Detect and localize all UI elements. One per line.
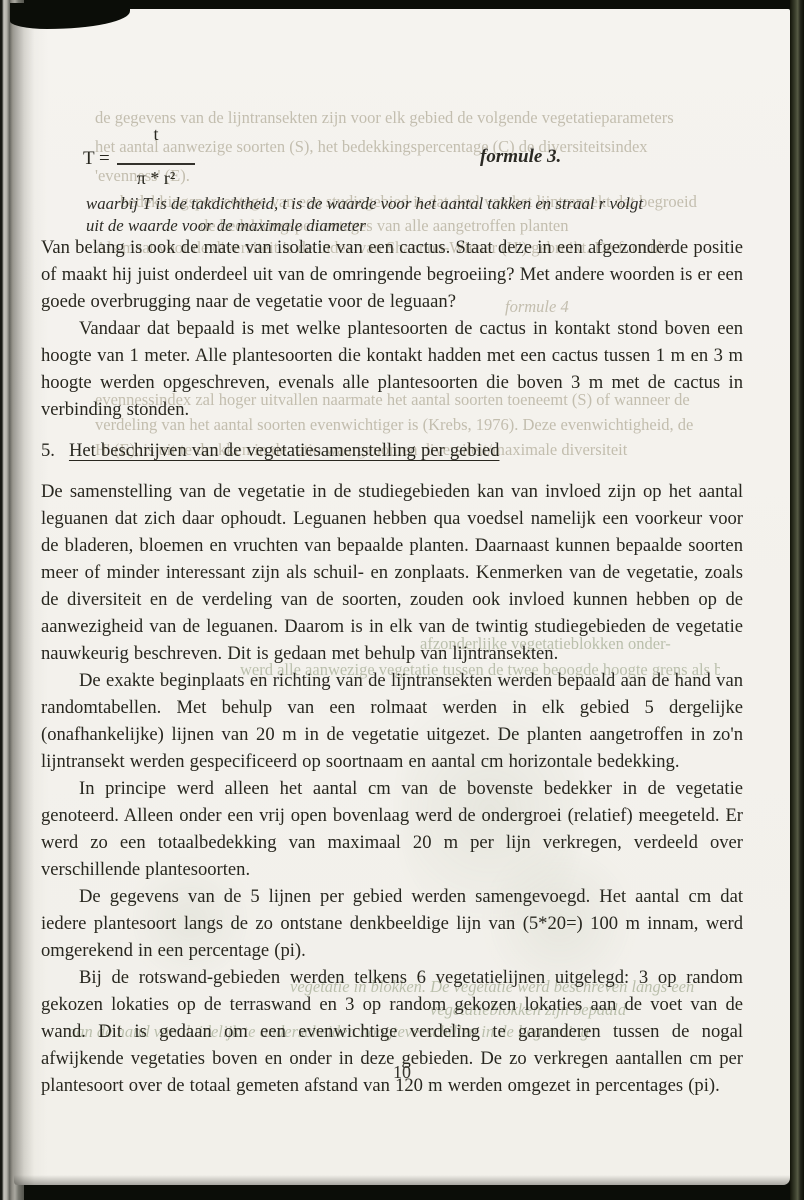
section-number: 5.	[41, 437, 55, 464]
scan-right-edge	[790, 0, 804, 1200]
formula-explanation: waarbij T is de takdichtheid, t is de wa…	[86, 193, 661, 237]
formula-label: formule 3.	[480, 146, 561, 168]
scanned-document-page: de gegevens van de lijntransekten zijn v…	[0, 0, 804, 1200]
page-number: 10	[0, 1062, 804, 1083]
section-heading: 5. Het beschrijven van de vegetatiesamen…	[41, 437, 743, 464]
formula-fraction-bar	[117, 163, 195, 165]
paragraph-kontakt: Vandaar dat bepaald is met welke plantes…	[41, 315, 743, 423]
paragraph-gegevens: De gegevens van de 5 lijnen per gebied w…	[41, 883, 743, 964]
paragraph-isolatie: Van belang is ook de mate van isolatie v…	[41, 234, 743, 315]
section-title: Het beschrijven van de vegetatiesamenste…	[69, 437, 500, 464]
paragraph-samenstelling: De samenstelling van de vegetatie in de …	[41, 478, 743, 667]
formula-numerator: t	[116, 124, 196, 145]
formula-denominator: π * r²	[116, 168, 196, 189]
paragraph-beginplaats: De exakte beginplaats en richting van de…	[41, 667, 743, 775]
body-text: Van belang is ook de mate van isolatie v…	[41, 234, 743, 1099]
formula-lhs: T =	[83, 148, 110, 170]
page-corner-shadow	[10, 3, 130, 29]
paragraph-principe: In principe werd alleen het aantal cm va…	[41, 775, 743, 883]
page-bottom-shadow	[14, 1175, 790, 1185]
